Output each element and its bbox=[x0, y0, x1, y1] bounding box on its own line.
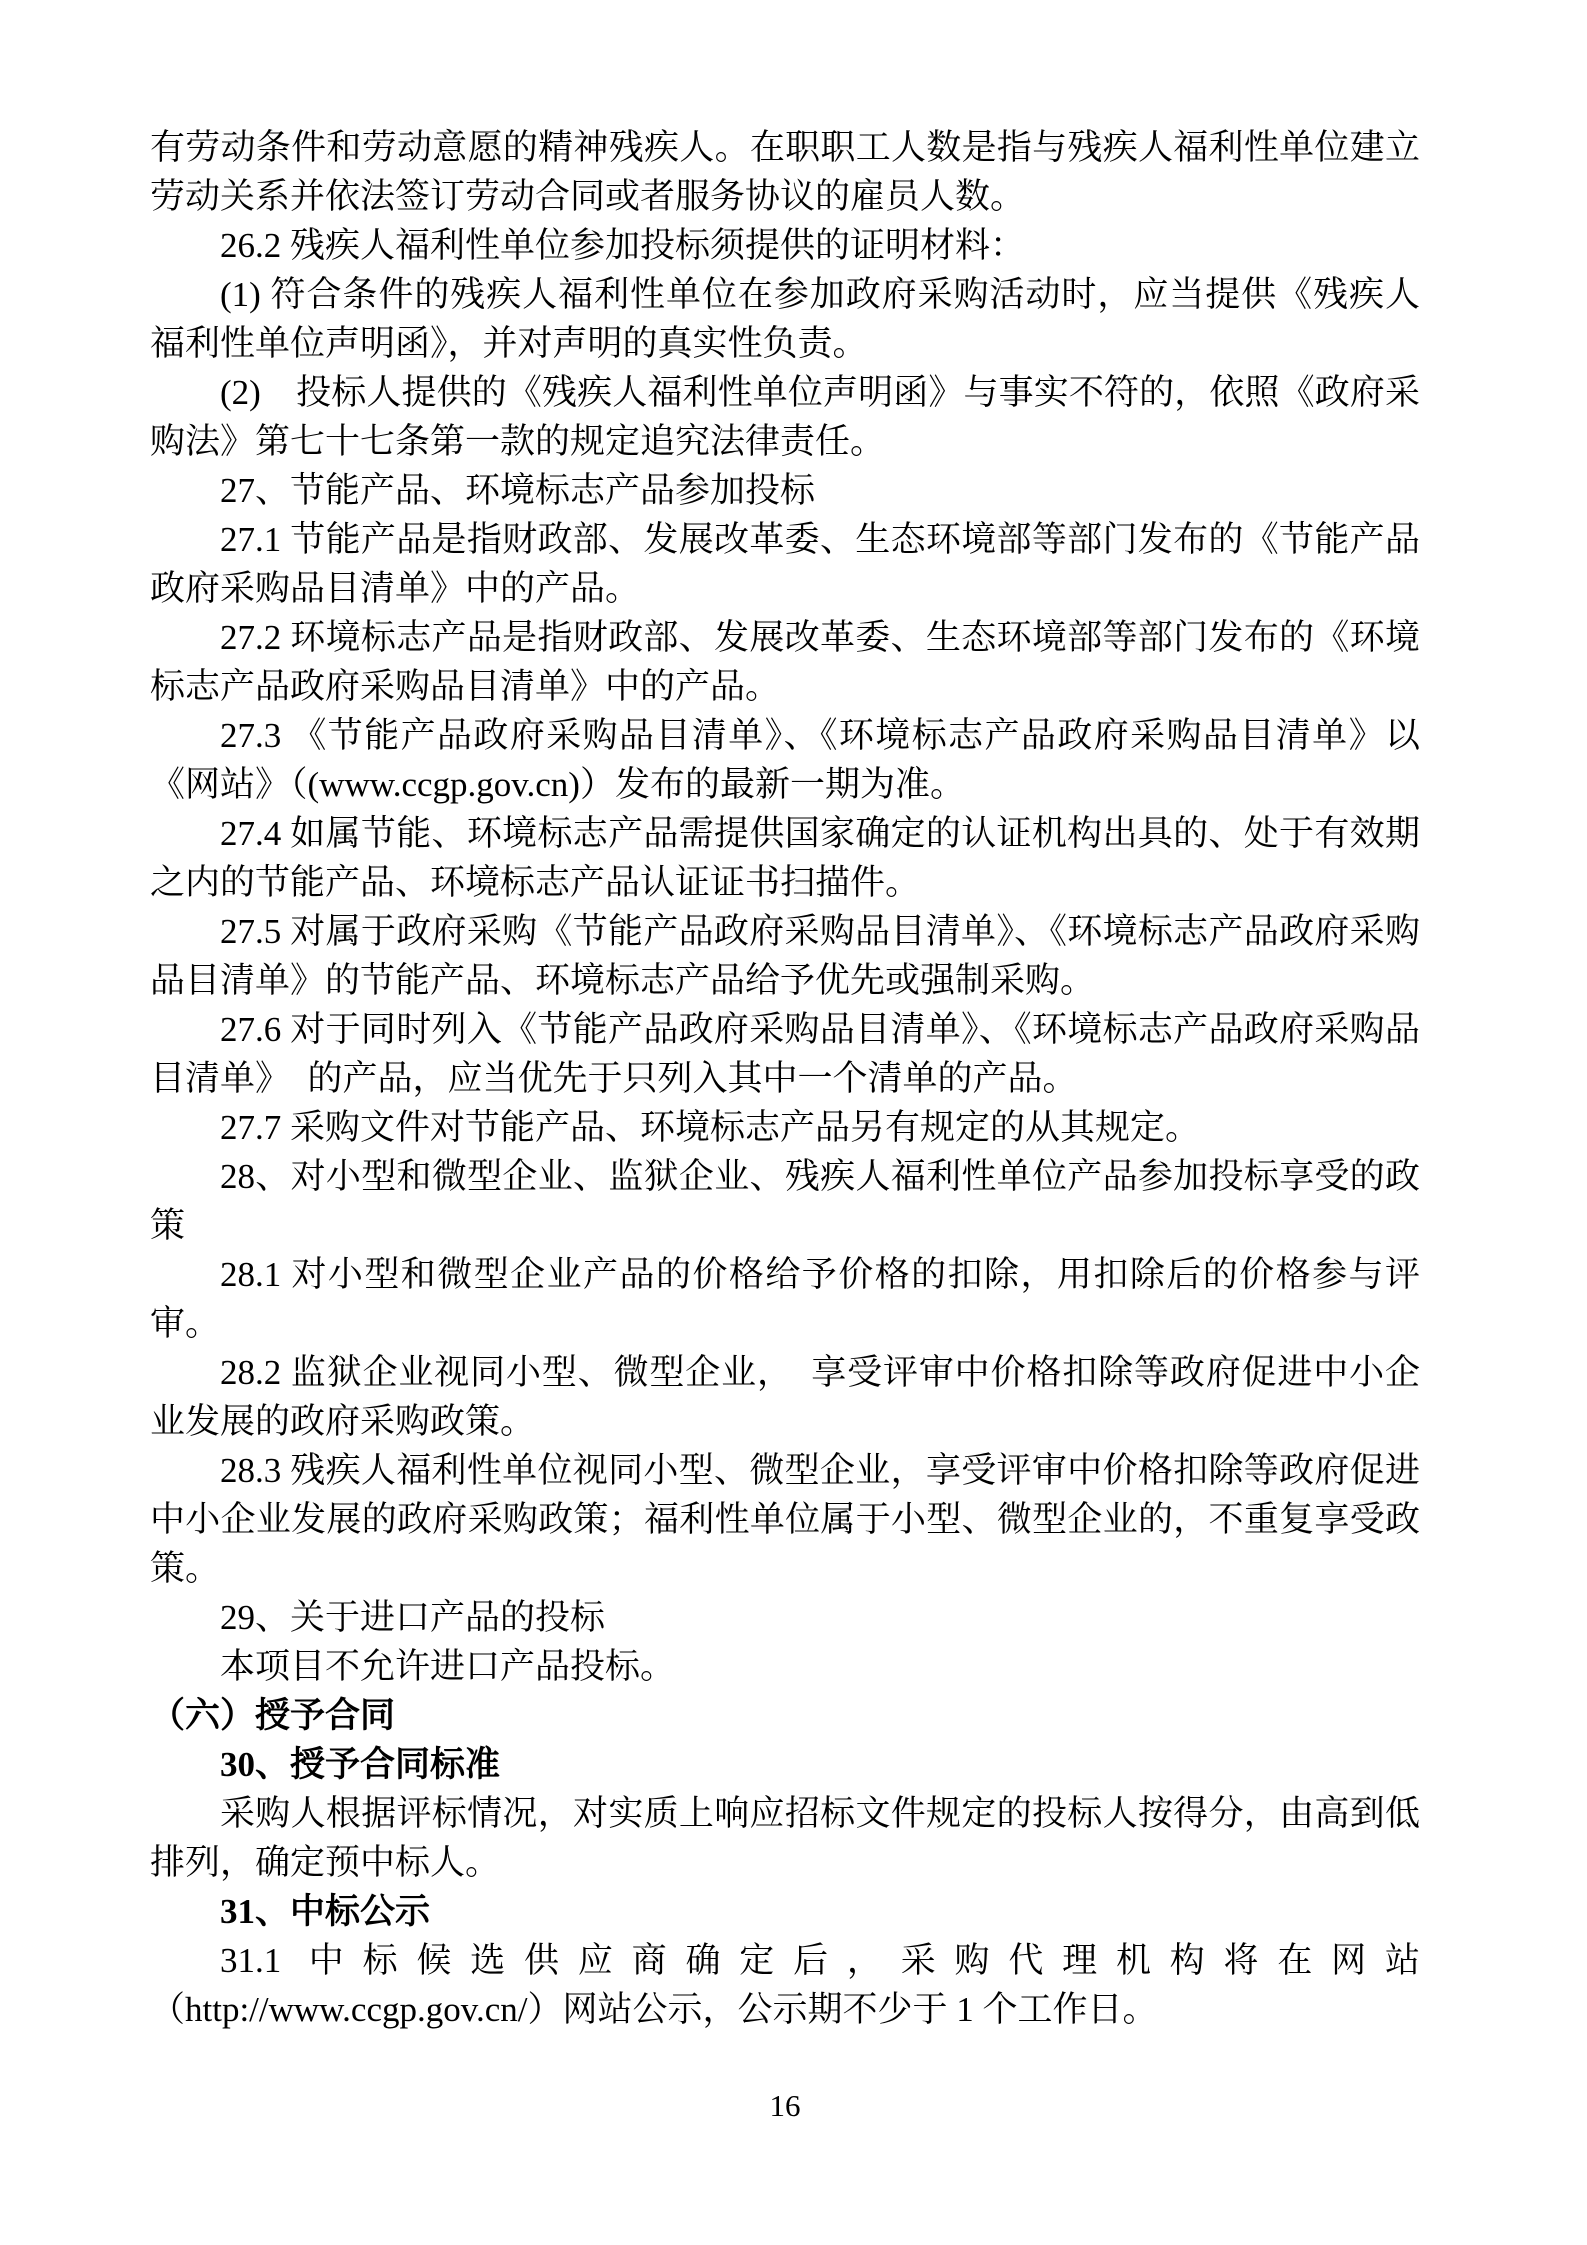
document-body: 有劳动条件和劳动意愿的精神残疾人。在职职工人数是指与残疾人福利性单位建立劳动关系… bbox=[150, 123, 1420, 2034]
para-26-2: 26.2 残疾人福利性单位参加投标须提供的证明材料： bbox=[150, 221, 1420, 270]
para-27-1: 27.1 节能产品是指财政部、发展改革委、生态环境部等部门发布的《节能产品政府采… bbox=[150, 515, 1420, 613]
website-url-ccgp: (www.ccgp.gov.cn) bbox=[308, 765, 580, 804]
document-page: 有劳动条件和劳动意愿的精神残疾人。在职职工人数是指与残疾人福利性单位建立劳动关系… bbox=[0, 0, 1587, 2245]
para-28: 28、对小型和微型企业、监狱企业、残疾人福利性单位产品参加投标享受的政策 bbox=[150, 1152, 1420, 1250]
para-31-1-text: 31.1 中标候选供应商确定后，采购代理机构将在网站 bbox=[220, 1941, 1420, 1980]
section-heading-6-award-contract: （六）授予合同 bbox=[150, 1691, 1420, 1740]
para-27-7: 27.7 采购文件对节能产品、环境标志产品另有规定的从其规定。 bbox=[150, 1103, 1420, 1152]
para-30-body: 采购人根据评标情况，对实质上响应招标文件规定的投标人按得分，由高到低排列，确定预… bbox=[150, 1789, 1420, 1887]
para-28-1: 28.1 对小型和微型企业产品的价格给予价格的扣除，用扣除后的价格参与评审。 bbox=[150, 1250, 1420, 1348]
para-27-4: 27.4 如属节能、环境标志产品需提供国家确定的认证机构出具的、处于有效期之内的… bbox=[150, 809, 1420, 907]
heading-30-award-criteria: 30、授予合同标准 bbox=[150, 1740, 1420, 1789]
para-27-6: 27.6 对于同时列入《节能产品政府采购品目清单》、《环境标志产品政府采购品目清… bbox=[150, 1005, 1420, 1103]
para-27-2: 27.2 环境标志产品是指财政部、发展改革委、生态环境部等部门发布的《环境标志产… bbox=[150, 613, 1420, 711]
para-26-1-continuation: 有劳动条件和劳动意愿的精神残疾人。在职职工人数是指与残疾人福利性单位建立劳动关系… bbox=[150, 123, 1420, 221]
para-27-3-text-end: ）发布的最新一期为准。 bbox=[580, 765, 965, 804]
para-26-2-clause-1: (1) 符合条件的残疾人福利性单位在参加政府采购活动时，应当提供《残疾人福利性单… bbox=[150, 270, 1420, 368]
para-29-body: 本项目不允许进口产品投标。 bbox=[150, 1642, 1420, 1691]
heading-31-award-announcement: 31、中标公示 bbox=[150, 1887, 1420, 1936]
page-footer: 16 bbox=[150, 2086, 1420, 2126]
para-27-5: 27.5 对属于政府采购《节能产品政府采购品目清单》、《环境标志产品政府采购品目… bbox=[150, 907, 1420, 1005]
para-31-1: 31.1 中标候选供应商确定后，采购代理机构将在网站（http://www.cc… bbox=[150, 1936, 1420, 2034]
para-28-3: 28.3 残疾人福利性单位视同小型、微型企业，享受评审中价格扣除等政府促进中小企… bbox=[150, 1446, 1420, 1593]
para-31-1-text-end: 网站公示，公示期不少于 1 个工作日。 bbox=[562, 1990, 1157, 2029]
page-number: 16 bbox=[770, 2088, 801, 2123]
para-27-3: 27.3 《节能产品政府采购品目清单》、《环境标志产品政府采购品目清单》以《网站… bbox=[150, 711, 1420, 809]
para-26-2-clause-2: (2) 投标人提供的《残疾人福利性单位声明函》与事实不符的，依照《政府采购法》第… bbox=[150, 368, 1420, 466]
para-27: 27、节能产品、环境标志产品参加投标 bbox=[150, 466, 1420, 515]
website-url-ccgp-http: （http://www.ccgp.gov.cn/） bbox=[150, 1990, 562, 2029]
para-29: 29、关于进口产品的投标 bbox=[150, 1593, 1420, 1642]
para-28-2: 28.2 监狱企业视同小型、微型企业， 享受评审中价格扣除等政府促进中小企业发展… bbox=[150, 1348, 1420, 1446]
